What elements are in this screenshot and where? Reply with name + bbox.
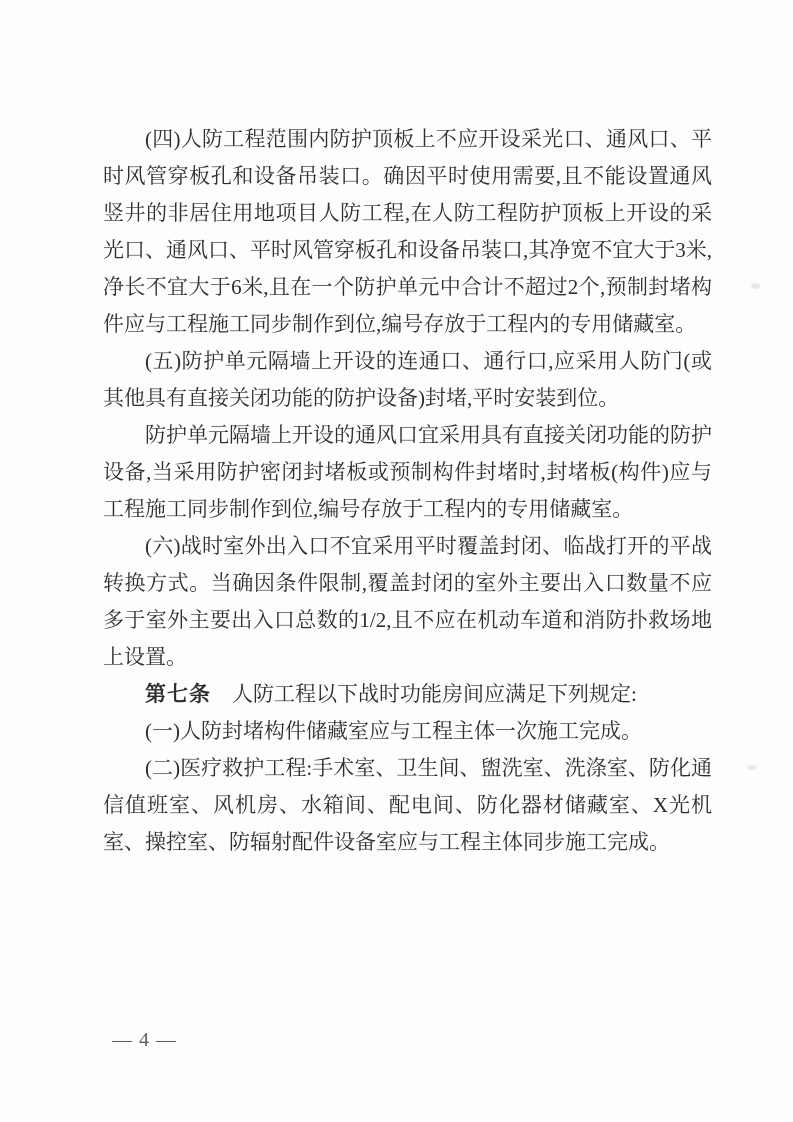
article-7-heading: 第七条 人防工程以下战时功能房间应满足下列规定: bbox=[103, 676, 712, 713]
scan-artifact bbox=[751, 283, 760, 289]
paragraph-item-si-5-continuation: 防护单元隔墙上开设的通风口宜采用具有直接关闭功能的防护设备,当采用防护密闭封堵板… bbox=[103, 417, 712, 528]
paragraph-item-7-2: (二)医疗救护工程:手术室、卫生间、盥洗室、洗涤室、防化通信值班室、风机房、水箱… bbox=[103, 750, 712, 861]
paragraph-item-si-6: (六)战时室外出入口不宜采用平时覆盖封闭、临战打开的平战转换方式。当确因条件限制… bbox=[103, 528, 712, 676]
page-number: — 4 — bbox=[112, 1028, 177, 1052]
paragraph-item-7-1: (一)人防封堵构件储藏室应与工程主体一次施工完成。 bbox=[103, 713, 712, 750]
scan-artifact bbox=[747, 765, 757, 770]
paragraph-item-si-5: (五)防护单元隔墙上开设的连通口、通行口,应采用人防门(或其他具有直接关闭功能的… bbox=[103, 343, 712, 417]
document-body: (四)人防工程范围内防护顶板上不应开设采光口、通风口、平时风管穿板孔和设备吊装口… bbox=[103, 121, 712, 861]
document-page: (四)人防工程范围内防护顶板上不应开设采光口、通风口、平时风管穿板孔和设备吊装口… bbox=[0, 0, 793, 1122]
article-7-text: 人防工程以下战时功能房间应满足下列规定: bbox=[211, 682, 637, 706]
article-7-number: 第七条 bbox=[145, 682, 211, 706]
paragraph-item-si-4: (四)人防工程范围内防护顶板上不应开设采光口、通风口、平时风管穿板孔和设备吊装口… bbox=[103, 121, 712, 343]
